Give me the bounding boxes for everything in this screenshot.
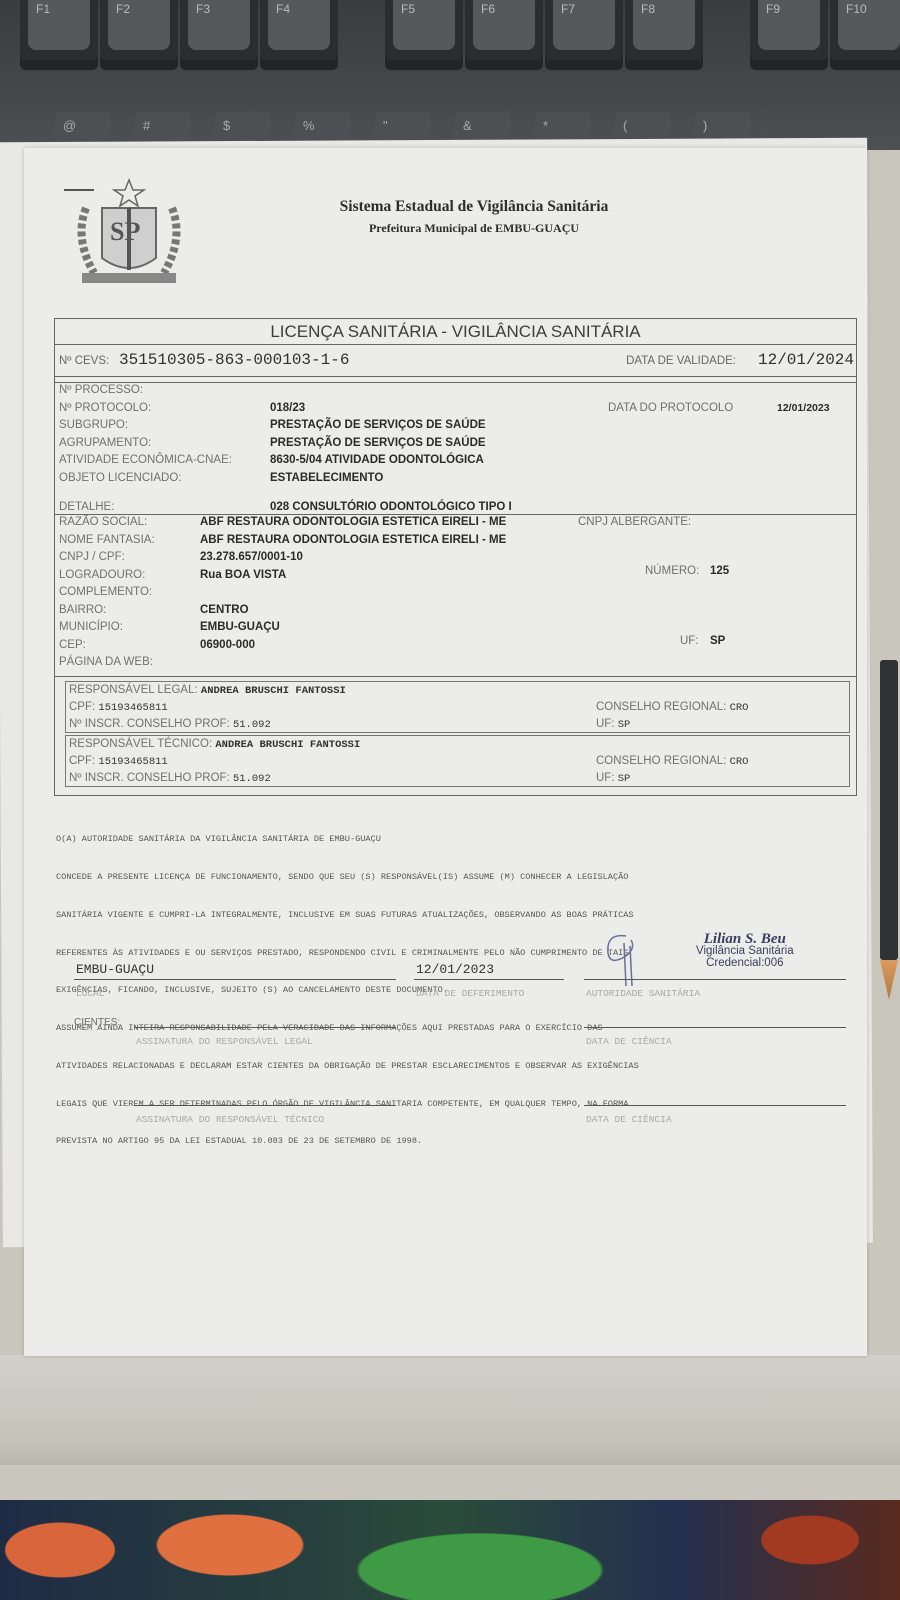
responsible-legal-inscr: 51.092 [233, 719, 271, 731]
validity-date: 12/01/2024 [758, 351, 854, 369]
numero-label: NÚMERO: [645, 565, 699, 577]
objeto-value: ESTABELECIMENTO [270, 472, 383, 484]
cientes-label: CIENTES: [74, 1017, 120, 1028]
deferment-date: 12/01/2023 [416, 962, 494, 977]
responsible-legal-inscr-label: Nº INSCR. CONSELHO PROF: [69, 718, 230, 730]
detalhe-label: DETALHE: [59, 501, 114, 513]
validity-label: DATA DE VALIDADE: [626, 355, 736, 367]
responsible-tech-label: RESPONSÁVEL TÉCNICO: [69, 738, 212, 750]
responsible-tech-uf: SP [618, 773, 631, 785]
date-caption: DATA DE DEFERIMENTO [416, 988, 524, 999]
uf-value: SP [710, 635, 725, 647]
responsible-legal-conselho: CRO [730, 702, 749, 714]
signature-area: EMBU-GUAÇU LOCAL 12/01/2023 DATA DE DEFE… [56, 938, 846, 1238]
responsible-tech-cpf: 15193465811 [98, 756, 167, 768]
key-f5: F5 [385, 0, 463, 70]
cnae-label: ATIVIDADE ECONÔMICA-CNAE: [59, 454, 232, 466]
legal-line: O(A) AUTORIDADE SANITÁRIA DA VIGILÂNCIA … [56, 833, 846, 846]
key-f9: F9 [750, 0, 828, 70]
protocolo-value: 018/23 [270, 402, 305, 414]
responsible-tech-box: RESPONSÁVEL TÉCNICO: ANDREA BRUSCHI FANT… [65, 735, 850, 787]
detalhe-value: 028 CONSULTÓRIO ODONTOLÓGICO TIPO I [270, 501, 512, 513]
agrupamento-value: PRESTAÇÃO DE SERVIÇOS DE SAÚDE [270, 437, 486, 449]
cep-value: 06900-000 [200, 639, 255, 651]
responsible-tech-inscr: 51.092 [233, 773, 271, 785]
svg-text:SP: SP [110, 217, 140, 246]
subgrupo-value: PRESTAÇÃO DE SERVIÇOS DE SAÚDE [270, 419, 486, 431]
stamp-name: Lilian S. Beu [696, 933, 794, 945]
key-f2: F2 [100, 0, 178, 70]
responsible-legal-box: RESPONSÁVEL LEGAL: ANDREA BRUSCHI FANTOS… [65, 681, 850, 733]
date-line [414, 979, 564, 980]
cnae-value: 8630-5/04 ATIVIDADE ODONTOLÓGICA [270, 454, 484, 466]
authority-caption: AUTORIDADE SANITÁRIA [586, 988, 700, 999]
desk-surface [0, 1355, 900, 1465]
tech-date-caption: DATA DE CIÊNCIA [586, 1114, 672, 1125]
pencil [880, 660, 898, 960]
stamp-department: Vigilância Sanitária [696, 945, 794, 957]
responsibles-section: RESPONSÁVEL LEGAL: ANDREA BRUSCHI FANTOS… [54, 676, 857, 796]
cnpj-label: CNPJ / CPF: [59, 551, 125, 563]
header-titles: Sistema Estadual de Vigilância Sanitária… [304, 198, 644, 236]
key-f7: F7 [545, 0, 623, 70]
cnpj-value: 23.278.657/0001-10 [200, 551, 303, 563]
responsible-legal-uf: SP [618, 719, 631, 731]
local-caption: LOCAL [76, 988, 105, 999]
sanitary-license-document: SP Sistema Estadual de Vigilância Sanitá… [24, 148, 867, 1356]
floral-fabric [0, 1500, 900, 1600]
responsible-tech-cpf-label: CPF: [69, 755, 95, 767]
key-f4: F4 [260, 0, 338, 70]
razao-social-value: ABF RESTAURA ODONTOLOGIA ESTETICA EIRELI… [200, 516, 506, 528]
cevs-number: 351510305-863-000103-1-6 [119, 351, 349, 369]
responsible-legal-conselho-label: CONSELHO REGIONAL: [596, 701, 726, 713]
protocolo-date-label: DATA DO PROTOCOLO [608, 402, 733, 414]
cnpj-albergante-label: CNPJ ALBERGANTE: [578, 516, 691, 528]
system-title: Sistema Estadual de Vigilância Sanitária [304, 198, 644, 216]
web-label: PÁGINA DA WEB: [59, 656, 153, 668]
keyboard-background: F1 F2 F3 F4 F5 F6 F7 F8 F9 F10 @ # $ % "… [0, 0, 900, 150]
nome-fantasia-value: ABF RESTAURA ODONTOLOGIA ESTETICA EIRELI… [200, 534, 506, 546]
responsible-legal-cpf-label: CPF: [69, 701, 95, 713]
process-section: Nº PROCESSO: Nº PROTOCOLO:018/23 DATA DO… [54, 382, 857, 514]
legal-line: CONCEDE A PRESENTE LICENÇA DE FUNCIONAME… [56, 871, 846, 884]
responsible-legal-name: ANDREA BRUSCHI FANTOSSI [201, 685, 346, 697]
responsible-tech-name: ANDREA BRUSCHI FANTOSSI [215, 739, 360, 751]
legal-line: SANITÁRIA VIGENTE E CUMPRI-LA INTEGRALME… [56, 909, 846, 922]
responsible-tech-inscr-label: Nº INSCR. CONSELHO PROF: [69, 772, 230, 784]
tech-signature-line[interactable] [134, 1105, 396, 1106]
local-value: EMBU-GUAÇU [76, 962, 154, 977]
tech-date-line[interactable] [584, 1105, 846, 1106]
sao-paulo-coat-of-arms-icon: SP [64, 178, 194, 293]
license-form: LICENÇA SANITÁRIA - VIGILÂNCIA SANITÁRIA… [54, 318, 857, 796]
cevs-label: Nº CEVS: [59, 355, 109, 367]
legal-signature-caption: ASSINATURA DO RESPONSÁVEL LEGAL [136, 1036, 313, 1047]
responsible-legal-cpf: 15193465811 [98, 702, 167, 714]
logradouro-value: Rua BOA VISTA [200, 569, 286, 581]
establishment-section: RAZÃO SOCIAL:ABF RESTAURA ODONTOLOGIA ES… [54, 514, 857, 676]
key-f10: F10 [830, 0, 900, 70]
numero-value: 125 [710, 565, 729, 577]
municipality-title: Prefeitura Municipal de EMBU-GUAÇU [304, 221, 644, 236]
nome-fantasia-label: NOME FANTASIA: [59, 534, 155, 546]
responsible-tech-uf-label: UF: [596, 772, 615, 784]
key-f3: F3 [180, 0, 258, 70]
authority-stamp: Lilian S. Beu Vigilância Sanitária Crede… [696, 933, 794, 969]
license-title: LICENÇA SANITÁRIA - VIGILÂNCIA SANITÁRIA [54, 318, 857, 344]
key-f8: F8 [625, 0, 703, 70]
authority-line [584, 979, 846, 980]
logradouro-label: LOGRADOURO: [59, 569, 145, 581]
key-f6: F6 [465, 0, 543, 70]
key-f1: F1 [20, 0, 98, 70]
processo-label: Nº PROCESSO: [59, 384, 143, 396]
objeto-label: OBJETO LICENCIADO: [59, 472, 181, 484]
agrupamento-label: AGRUPAMENTO: [59, 437, 151, 449]
stamp-credential: Credencial:006 [696, 957, 794, 969]
municipio-value: EMBU-GUAÇU [200, 621, 280, 633]
responsible-tech-conselho-label: CONSELHO REGIONAL: [596, 755, 726, 767]
tech-signature-caption: ASSINATURA DO RESPONSÁVEL TÉCNICO [136, 1114, 324, 1125]
local-line [74, 979, 396, 980]
pencil-tip [880, 960, 898, 1000]
legal-date-line[interactable] [584, 1027, 846, 1028]
protocolo-label: Nº PROTOCOLO: [59, 402, 151, 414]
uf-label: UF: [680, 635, 699, 647]
complemento-label: COMPLEMENTO: [59, 586, 152, 598]
legal-date-caption: DATA DE CIÊNCIA [586, 1036, 672, 1047]
cevs-row: Nº CEVS: 351510305-863-000103-1-6 DATA D… [54, 344, 857, 376]
municipio-label: MUNICÍPIO: [59, 621, 123, 633]
bairro-label: BAIRRO: [59, 604, 106, 616]
cep-label: CEP: [59, 639, 86, 651]
razao-social-label: RAZÃO SOCIAL: [59, 516, 147, 528]
protocolo-date-value: 12/01/2023 [777, 402, 830, 414]
bairro-value: CENTRO [200, 604, 249, 616]
legal-signature-line[interactable] [134, 1027, 396, 1028]
document-header: SP Sistema Estadual de Vigilância Sanitá… [54, 178, 834, 298]
subgrupo-label: SUBGRUPO: [59, 419, 128, 431]
responsible-legal-label: RESPONSÁVEL LEGAL: [69, 684, 198, 696]
responsible-legal-uf-label: UF: [596, 718, 615, 730]
responsible-tech-conselho: CRO [730, 756, 749, 768]
